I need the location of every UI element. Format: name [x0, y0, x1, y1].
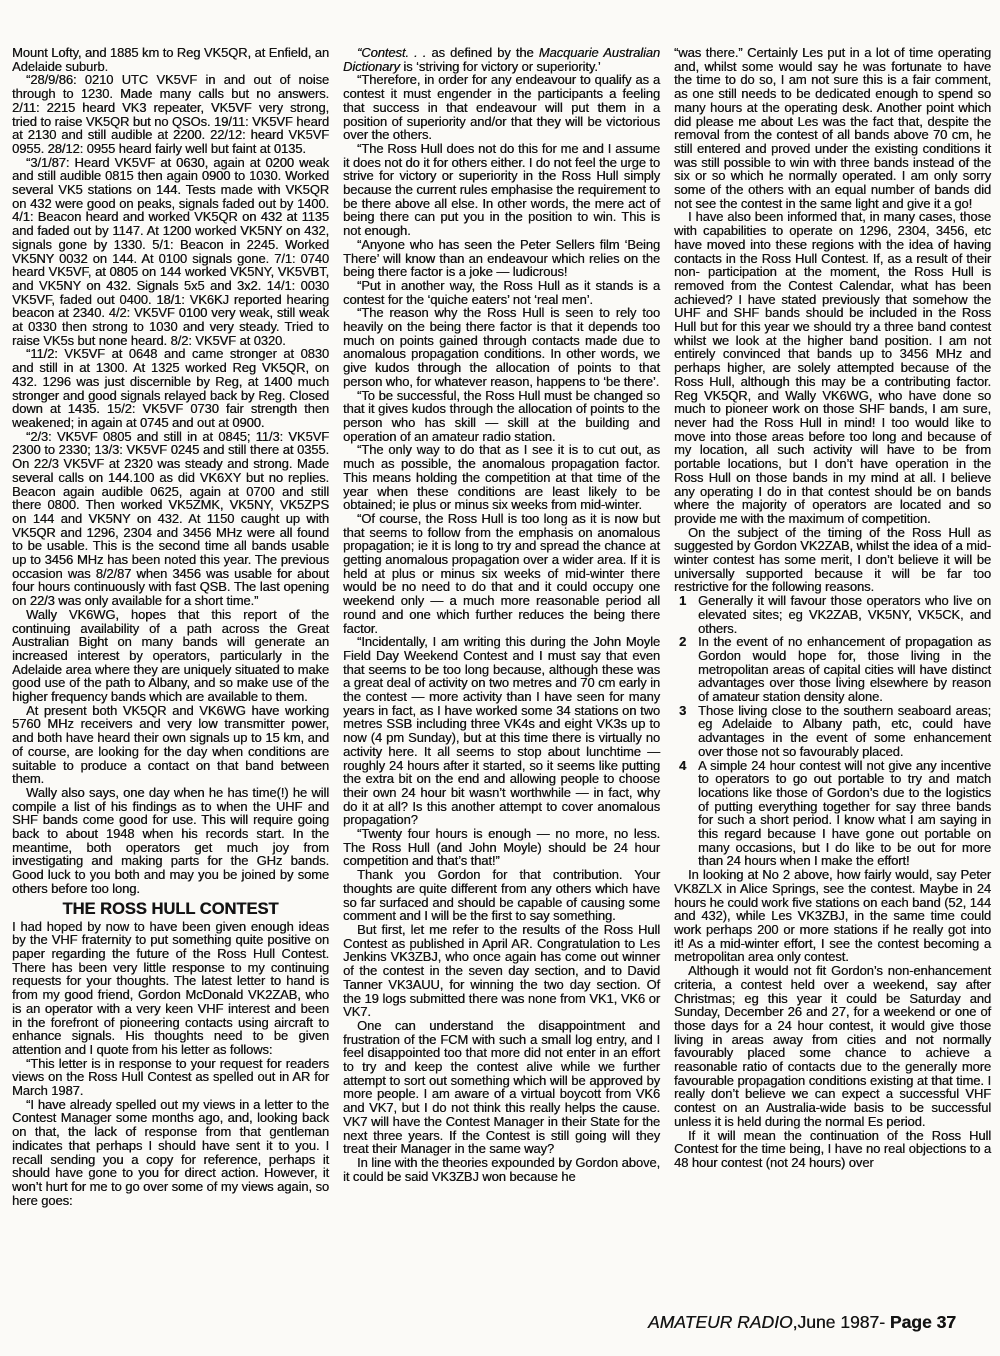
- paragraph: “28/9/86: 0210 UTC VK5VF in and out of n…: [12, 73, 329, 155]
- magazine-page: Mount Lofty, and 1885 km to Reg VK5QR, a…: [0, 0, 1000, 1356]
- page-footer: AMATEUR RADIO,June 1987- Page 37: [648, 1311, 956, 1333]
- column-layout: Mount Lofty, and 1885 km to Reg VK5QR, a…: [12, 46, 992, 1207]
- paragraph: “Contest. . . as defined by the Macquari…: [343, 46, 660, 73]
- text-segment: “I have already spelled out my views in …: [12, 1097, 329, 1208]
- paragraph: “Incidentally, I am writing this during …: [343, 635, 660, 827]
- numbered-list-item: 2In the event of no enhancement of propa…: [674, 635, 991, 704]
- paragraph: “The only way to do that as I see it is …: [343, 443, 660, 512]
- text-segment: “Incidentally, I am writing this during …: [343, 634, 660, 827]
- paragraph: If it will mean the continuation of the …: [674, 1129, 991, 1170]
- paragraph: Thank you Gordon for that contribution. …: [343, 868, 660, 923]
- text-segment: I had hoped by now to have been given en…: [12, 919, 329, 1057]
- text-segment: At present both VK5QR and VK6WG have wor…: [12, 703, 329, 787]
- paragraph: Mount Lofty, and 1885 km to Reg VK5QR, a…: [12, 46, 329, 73]
- paragraph: “To be successful, the Ross Hull must be…: [343, 389, 660, 444]
- section-heading: THE ROSS HULL CONTEST: [12, 900, 329, 918]
- column-2: “Contest. . . as defined by the Macquari…: [343, 46, 660, 1207]
- paragraph: Wally also says, one day when he has tim…: [12, 786, 329, 896]
- paragraph: “was there.” Certainly Les put in a lot …: [674, 46, 991, 210]
- paragraph: In line with the theories expounded by G…: [343, 1156, 660, 1183]
- text-segment: In line with the theories expounded by G…: [343, 1155, 660, 1184]
- list-item-text: Generally it will favour those operators…: [698, 594, 991, 635]
- text-segment: In looking at No 2 above, how fairly wou…: [674, 867, 991, 964]
- paragraph: Wally VK6WG, hopes that this report of t…: [12, 608, 329, 704]
- paragraph: “11/2: VK5VF at 0648 and came stronger a…: [12, 347, 329, 429]
- paragraph: “The reason why the Ross Hull is seen to…: [343, 306, 660, 388]
- paragraph: In looking at No 2 above, how fairly wou…: [674, 868, 991, 964]
- page-number: Page 37: [890, 1312, 956, 1332]
- paragraph: “3/1/87: Heard VK5VF at 0630, again at 0…: [12, 156, 329, 348]
- text-segment: “Put in another way, the Ross Hull as it…: [343, 278, 660, 307]
- list-item-text: A simple 24 hour contest will not give a…: [698, 759, 991, 869]
- paragraph: Although it would not fit Gordon’s non-e…: [674, 964, 991, 1128]
- text-segment: Although it would not fit Gordon’s non-e…: [674, 963, 991, 1129]
- paragraph: At present both VK5QR and VK6WG have wor…: [12, 704, 329, 786]
- text-segment: “To be successful, the Ross Hull must be…: [343, 388, 660, 444]
- list-item-text: In the event of no enhancement of propag…: [698, 635, 991, 704]
- paragraph: I had hoped by now to have been given en…: [12, 920, 329, 1057]
- text-segment: “28/9/86: 0210 UTC VK5VF in and out of n…: [12, 72, 329, 156]
- column-3: “was there.” Certainly Les put in a lot …: [674, 46, 991, 1207]
- paragraph: “I have already spelled out my views in …: [12, 1098, 329, 1208]
- text-segment: I have also been informed that, in many …: [674, 209, 991, 525]
- paragraph: “Therefore, in order for any endeavour t…: [343, 73, 660, 142]
- text-segment: Wally VK6WG, hopes that this report of t…: [12, 607, 329, 704]
- text-segment: “The reason why the Ross Hull is seen to…: [343, 305, 660, 389]
- issue-date: ,June 1987-: [793, 1312, 890, 1332]
- list-item-number: 3: [674, 704, 698, 759]
- text-segment: Mount Lofty, and 1885 km to Reg VK5QR, a…: [12, 45, 329, 74]
- list-item-number: 4: [674, 759, 698, 869]
- text-segment: Thank you Gordon for that contribution. …: [343, 867, 660, 923]
- numbered-list-item: 4A simple 24 hour contest will not give …: [674, 759, 991, 869]
- paragraph: “Put in another way, the Ross Hull as it…: [343, 279, 660, 306]
- paragraph: “Anyone who has seen the Peter Sellers f…: [343, 238, 660, 279]
- text-segment: But first, let me refer to the results o…: [343, 922, 660, 1019]
- paragraph: One can understand the disappointment an…: [343, 1019, 660, 1156]
- paragraph: “Of course, the Ross Hull is too long as…: [343, 512, 660, 635]
- paragraph: On the subject of the timing of the Ross…: [674, 526, 991, 595]
- text-segment: “Of course, the Ross Hull is too long as…: [343, 511, 660, 636]
- text-segment: “Anyone who has seen the Peter Sellers f…: [343, 237, 660, 279]
- text-segment: One can understand the disappointment an…: [343, 1018, 660, 1156]
- text-segment: “was there.” Certainly Les put in a lot …: [674, 45, 991, 211]
- text-segment: “Therefore, in order for any endeavour t…: [343, 72, 660, 142]
- paragraph: “This letter is in response to your requ…: [12, 1057, 329, 1098]
- paragraph: I have also been informed that, in many …: [674, 210, 991, 525]
- text-segment: “3/1/87: Heard VK5VF at 0630, again at 0…: [12, 155, 329, 348]
- text-segment: “The Ross Hull does not do this for me a…: [343, 141, 660, 238]
- text-segment: On the subject of the timing of the Ross…: [674, 525, 991, 595]
- paragraph: “The Ross Hull does not do this for me a…: [343, 142, 660, 238]
- text-segment: “2/3: VK5VF 0805 and still in at 0845; 1…: [12, 429, 329, 608]
- text-segment: If it will mean the continuation of the …: [674, 1128, 991, 1170]
- text-segment: “11/2: VK5VF at 0648 and came stronger a…: [12, 346, 329, 430]
- numbered-list-item: 1Generally it will favour those operator…: [674, 594, 991, 635]
- paragraph: “2/3: VK5VF 0805 and still in at 0845; 1…: [12, 430, 329, 608]
- paragraph: But first, let me refer to the results o…: [343, 923, 660, 1019]
- list-item-number: 1: [674, 594, 698, 635]
- list-item-text: Those living close to the southern seabo…: [698, 704, 991, 759]
- text-segment: “The only way to do that as I see it is …: [343, 442, 660, 512]
- text-segment: Wally also says, one day when he has tim…: [12, 785, 329, 896]
- text-segment: “This letter is in response to your requ…: [12, 1056, 329, 1098]
- paragraph: “Twenty four hours is enough — no more, …: [343, 827, 660, 868]
- list-item-number: 2: [674, 635, 698, 704]
- text-segment: “Twenty four hours is enough — no more, …: [343, 826, 660, 868]
- journal-title: AMATEUR RADIO: [648, 1312, 793, 1332]
- column-1: Mount Lofty, and 1885 km to Reg VK5QR, a…: [12, 46, 329, 1207]
- numbered-list-item: 3Those living close to the southern seab…: [674, 704, 991, 759]
